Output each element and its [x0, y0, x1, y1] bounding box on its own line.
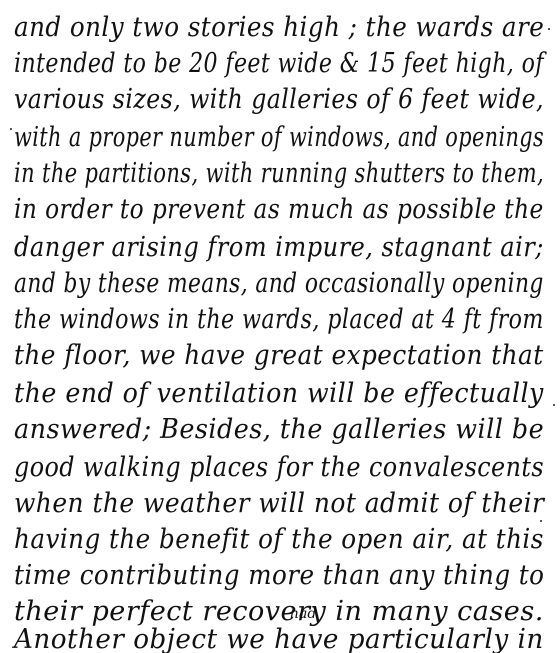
text-line-11: the end of ventilation will be effectual… — [14, 378, 544, 409]
text-line-4: with a proper number of windows, and ope… — [14, 122, 544, 153]
ink-speck — [553, 404, 555, 406]
text-line-3: various sizes, with galleries of 6 feet … — [14, 84, 544, 115]
text-line-7: danger arising from impure, stagnant air… — [14, 232, 544, 263]
text-line-1: and only two stories high ; the wards ar… — [14, 12, 544, 43]
text-line-6: in order to prevent as much as possible … — [14, 194, 544, 225]
text-line-13: good walking places for the convalescent… — [14, 452, 544, 483]
manuscript-page: and only two stories high ; the wards ar… — [0, 0, 560, 653]
ink-speck — [10, 128, 12, 130]
text-line-18: Another object we have particularly in — [14, 624, 544, 653]
text-line-9: the windows in the wards, placed at 4 ft… — [14, 304, 544, 335]
text-line-10: the floor, we have great expectation tha… — [14, 340, 544, 371]
interlinear-insertion-had: had — [290, 606, 316, 622]
ink-speck — [540, 520, 542, 522]
text-line-2: intended to be 20 feet wide & 15 feet hi… — [14, 48, 544, 79]
text-line-14: when the weather will not admit of their — [14, 488, 544, 519]
text-line-15: having the benefit of the open air, at t… — [14, 524, 544, 555]
text-line-8: and by these means, and occasionally ope… — [14, 268, 544, 299]
ink-speck — [548, 28, 550, 30]
text-line-17: their perfect recovery in many cases. — [14, 596, 544, 627]
text-line-12: answered; Besides, the galleries will be — [14, 414, 544, 445]
text-line-16: time contributing more than any thing to — [14, 560, 544, 591]
text-line-5: in the partitions, with running shutters… — [14, 158, 544, 189]
